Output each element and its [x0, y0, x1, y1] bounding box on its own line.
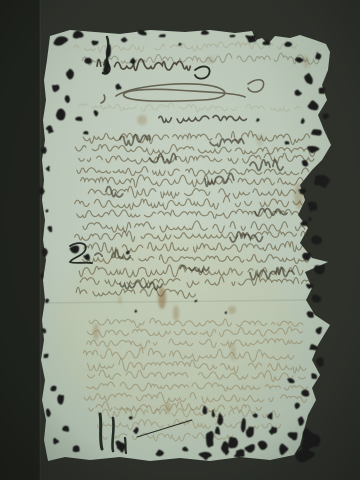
vignette-rect [0, 0, 360, 480]
manuscript-photo-svg [0, 0, 360, 480]
photo-vignette [0, 0, 360, 480]
manuscript-photo [0, 0, 360, 480]
